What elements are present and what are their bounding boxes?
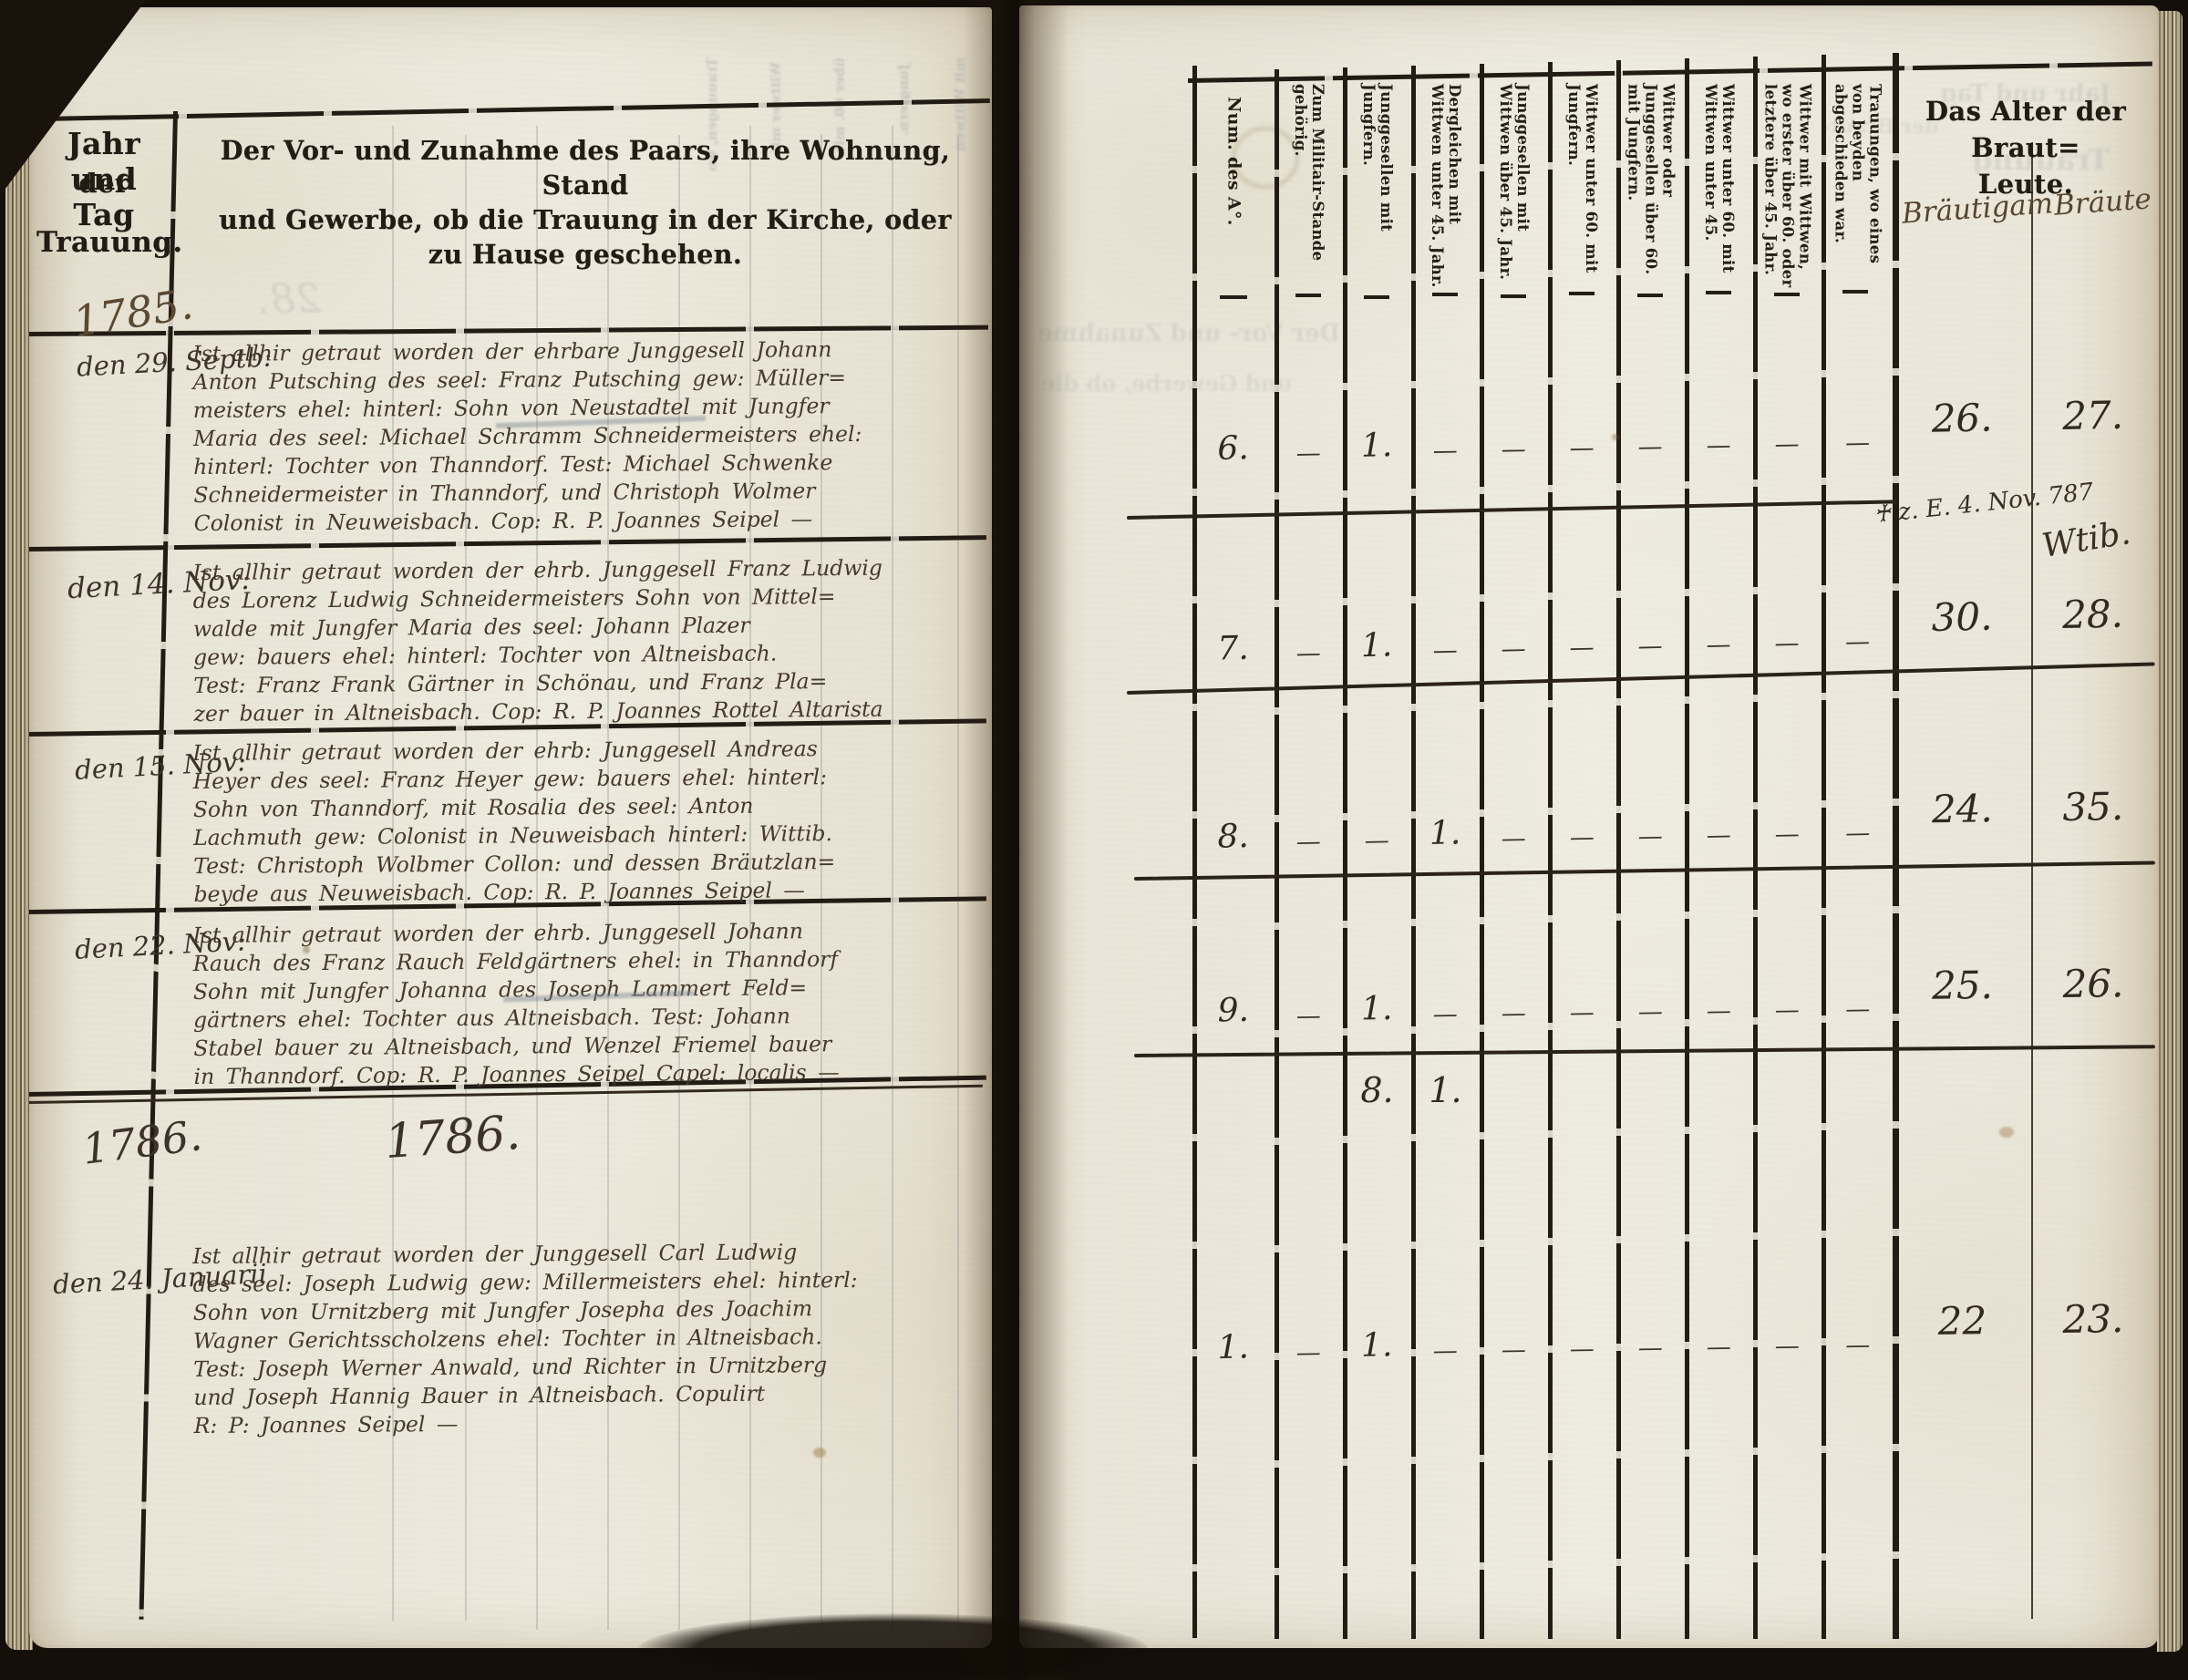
totals-row-1785: 8. 1.: [1019, 1070, 2157, 1143]
col-header-militair: Zum Militair-Stande gehörig.: [1275, 78, 1343, 297]
entry-text: Ist allhir getraut worden der ehrb: Jung…: [192, 734, 977, 909]
total-mit-wittwen: 1.: [1411, 1070, 1480, 1110]
right-page: Der Vor- und Zunahme und Gewerbe, ob die…: [1019, 5, 2159, 1648]
col-header-wittwer-mit-wittwen: Wittwer mit Wittwen, wo erster über 60. …: [1753, 78, 1822, 297]
col-header-wittwen-unter-45: Dergleichen mit Wittwen unter 45. Jahr.: [1411, 78, 1480, 297]
column-divider: [139, 111, 178, 1620]
table-row-6: 6. — 1. — — — — — — — 26. 27. ♰ z. E. 4.…: [1018, 412, 2157, 507]
table-row-1786-1: 1. — 1. — — — — — — — 22 23.: [1018, 1316, 2157, 1405]
entry-text: Ist allhir getraut worden der ehrb. Jung…: [192, 916, 977, 1091]
widow-annotation: Wtib.: [2039, 514, 2133, 565]
page-stack-edge-right: [2157, 11, 2183, 1652]
bleed-text: und Gewerbe, ob die: [1041, 370, 1292, 397]
death-annotation: ♰ z. E. 4. Nov. 787: [1872, 469, 2173, 529]
cell-num: 7.: [1192, 629, 1275, 668]
date-column-header-line3: Trauung.: [36, 226, 171, 259]
bleed-number: 28.: [257, 276, 321, 323]
col-header-wittwer-ueber-60-jungfern: Wittwer oder Junggesellen über 60. mit J…: [1616, 78, 1685, 297]
col-header-wittwer-unter-60-jungfern: Wittwer unter 60. mit Jungfern.: [1548, 78, 1616, 297]
entry-text: Ist allhir getraut worden der Junggesell…: [192, 1237, 977, 1440]
ages-divider-line: [2031, 142, 2033, 1619]
foxing-spot: [1612, 434, 1619, 440]
cell-militair: —: [1274, 438, 1343, 468]
register-book-spread: Trauungen, wo Wittwer mit über 60. mit J…: [0, 0, 2188, 1680]
foxing-spot: [813, 1448, 826, 1458]
col-header-wittwer-unter-60-wittwen: Wittwer unter 60. mit Wittwen unter 45.: [1685, 78, 1753, 297]
foxing-spot: [303, 946, 310, 953]
table-row-8: 8. — — 1. — — — — — — 24. 35.: [1018, 803, 2157, 894]
cell-num: 1.: [1192, 1328, 1275, 1366]
top-rule: [42, 98, 990, 121]
date-column-header-line2: der: [36, 168, 171, 199]
col-header-abgeschieden: Trauungen, wo eines von beyden abgeschie…: [1822, 78, 1894, 297]
cell-groom-age: 30.: [1893, 593, 2030, 641]
year-1786-margin: 1786.: [79, 1110, 204, 1174]
entry-text: Ist allhir getraut worden der ehrb. Jung…: [192, 553, 977, 728]
row-divider-line: [1127, 500, 1897, 520]
left-page: Trauungen, wo Wittwer mit über 60. mit J…: [29, 7, 992, 1648]
cell-num: 6.: [1192, 429, 1275, 469]
col-header-wittwen-ueber-45: Junggesellen mit Wittwen über 45. Jahr.: [1480, 78, 1548, 297]
bleed-text: Der Vor- und Zunahme: [1037, 320, 1340, 347]
row-rule: [29, 535, 986, 551]
total-junggesellen-jungfern: 8.: [1343, 1070, 1411, 1110]
cell-groom-age: 22: [1894, 1298, 2031, 1345]
year-1786-center: 1786.: [383, 1106, 522, 1170]
foxing-spot: [1999, 1127, 2014, 1138]
cell-groom-age: 25.: [1894, 962, 2031, 1008]
col-header-junggesellen-jungfern: Junggesellen mit Jungfern.: [1343, 78, 1411, 297]
names-column-header: Der Vor- und Zunahme des Paars, ihre Woh…: [186, 133, 985, 272]
cell-bride-age: 27.: [2032, 392, 2154, 439]
table-row-7: 7. — 1. — — — — — — — 30. 28.: [1018, 611, 2157, 707]
col-header-num: Num. des A°.: [1192, 78, 1275, 297]
cell-jj: 1.: [1342, 427, 1411, 465]
cell-num: 8.: [1192, 818, 1275, 856]
cell-bride-age: 23.: [2032, 1296, 2154, 1343]
cell-bride-age: 26.: [2032, 961, 2154, 1007]
bottom-edge-shadow: [638, 1613, 1149, 1680]
cell-num: 9.: [1192, 992, 1274, 1030]
entry-text: Ist allhir getraut worden der ehrbare Ju…: [192, 335, 977, 538]
table-row-9: 9. — 1. — — — — — — — 25. 26.: [1019, 981, 2158, 1067]
cell-bride-age: 28.: [2031, 591, 2153, 638]
bride-column-label: Bräute: [2053, 182, 2152, 222]
cell-groom-age: 24.: [1894, 786, 2031, 832]
cell-bride-age: 35.: [2032, 783, 2154, 830]
year-1785: 1785.: [70, 279, 197, 346]
cell-groom-age: 26.: [1894, 395, 2031, 442]
